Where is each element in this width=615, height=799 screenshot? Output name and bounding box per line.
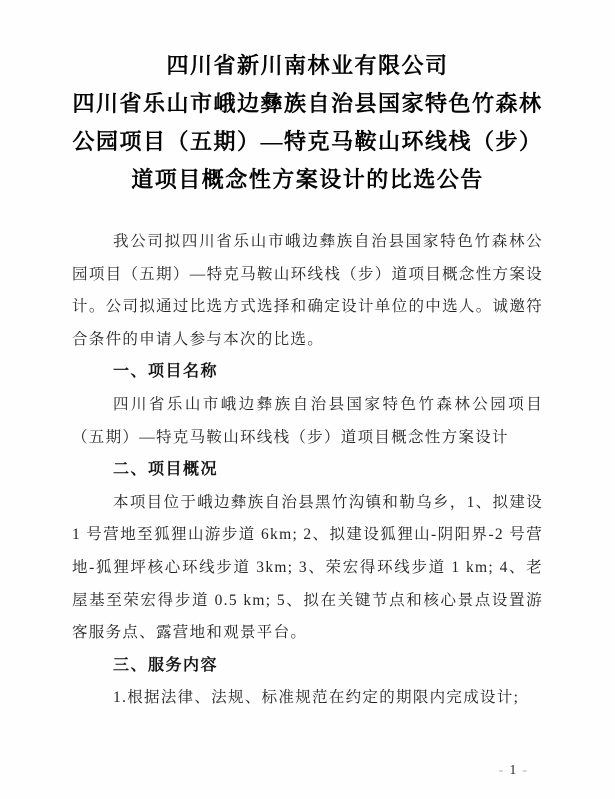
section-2-paragraph: 本项目位于峨边彝族自治县黑竹沟镇和勒乌乡，1、拟建设 1 号营地至狐狸山游步道 … [72, 487, 543, 650]
document-title: 四川省新川南林业有限公司 四川省乐山市峨边彝族自治县国家特色竹森林 公园项目（五… [30, 47, 585, 199]
section-3-heading: 三、服务内容 [72, 650, 543, 683]
page-footer: -1- [495, 763, 531, 779]
section-2-heading: 二、项目概况 [72, 454, 543, 487]
title-line-project-2: 公园项目（五期）—特克马鞍山环线栈（步） [30, 123, 585, 161]
document-page: 四川省新川南林业有限公司 四川省乐山市峨边彝族自治县国家特色竹森林 公园项目（五… [0, 0, 615, 799]
title-line-company: 四川省新川南林业有限公司 [30, 47, 585, 85]
title-line-project-3: 道项目概念性方案设计的比选公告 [30, 161, 585, 199]
title-line-project-1: 四川省乐山市峨边彝族自治县国家特色竹森林 [30, 85, 585, 123]
document-body: 我公司拟四川省乐山市峨边彝族自治县国家特色竹森林公园项目（五期）—特克马鞍山环线… [72, 226, 543, 715]
intro-paragraph: 我公司拟四川省乐山市峨边彝族自治县国家特色竹森林公园项目（五期）—特克马鞍山环线… [72, 226, 543, 356]
section-3-paragraph: 1.根据法律、法规、标准规范在约定的期限内完成设计; [72, 682, 543, 715]
page-number-dash-right: - [518, 763, 531, 778]
page-number-dash-left: - [495, 763, 508, 778]
page-number: 1 [507, 763, 518, 778]
section-1-paragraph: 四川省乐山市峨边彝族自治县国家特色竹森林公园项目（五期）—特克马鞍山环线栈（步）… [72, 389, 543, 454]
section-1-heading: 一、项目名称 [72, 356, 543, 389]
